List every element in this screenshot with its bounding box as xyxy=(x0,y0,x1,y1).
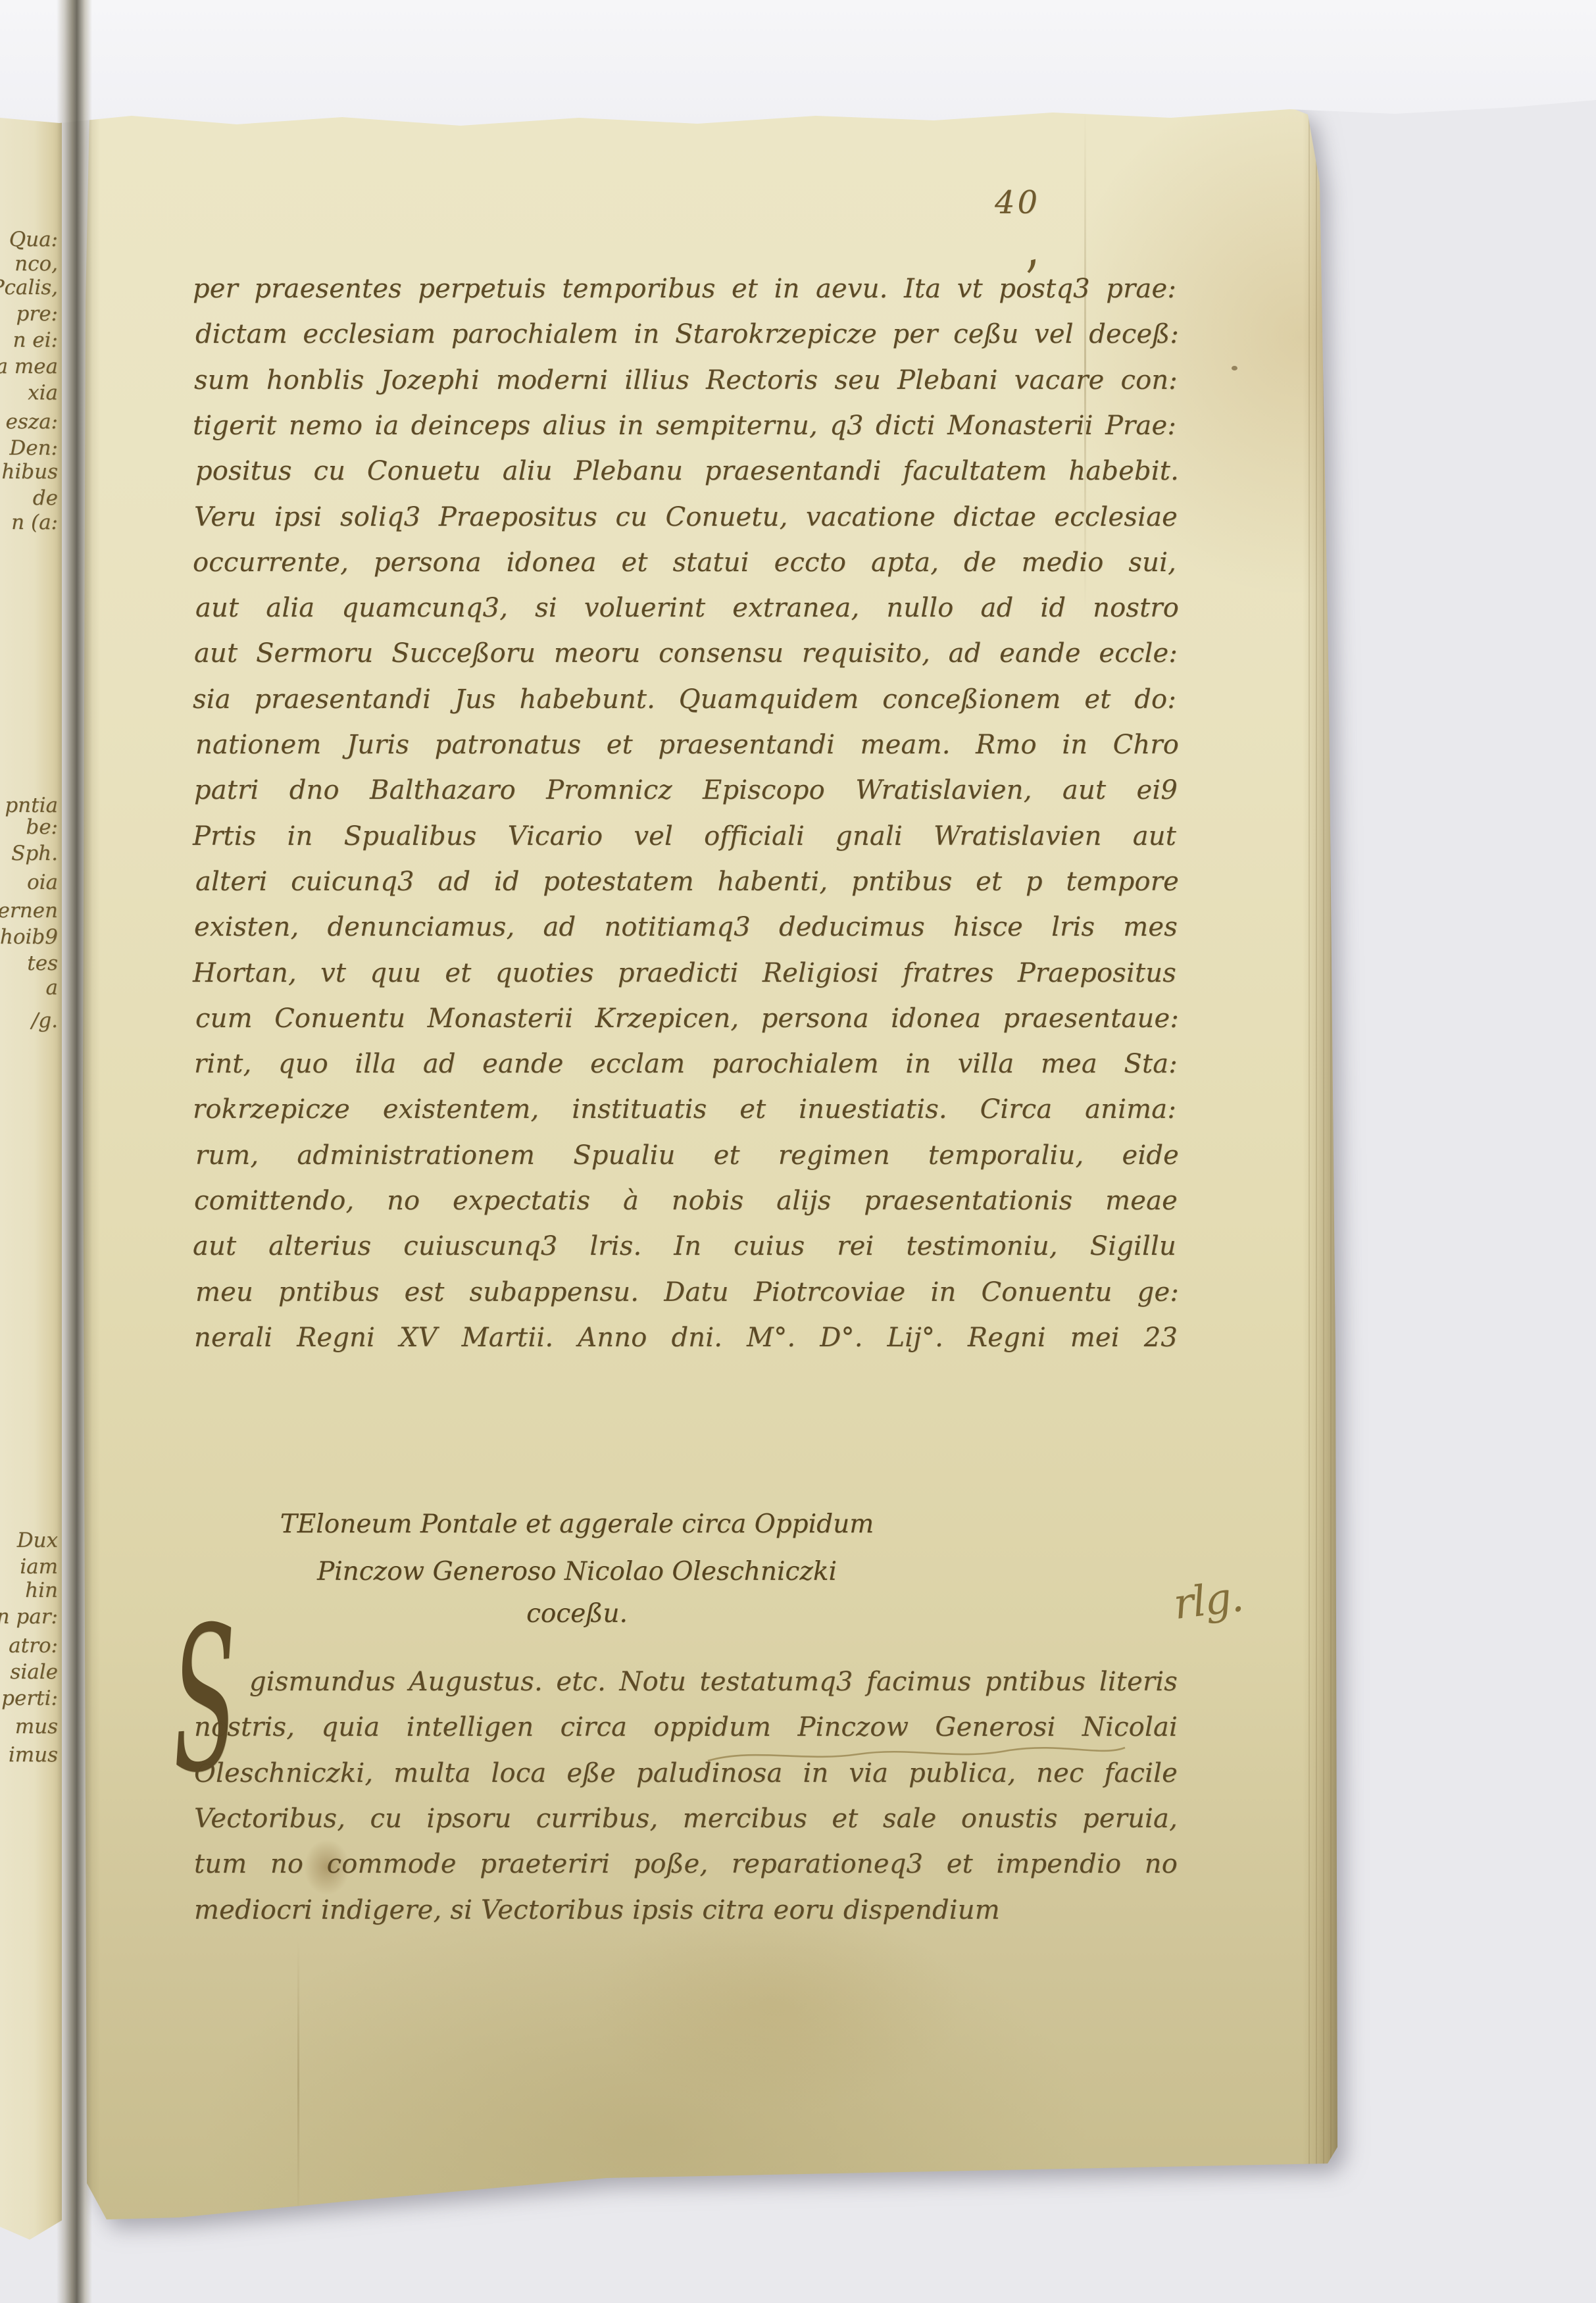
paper-stain xyxy=(592,1902,960,2112)
ink-fleck xyxy=(1232,366,1237,370)
manuscript-line: nostris, quia intelligen circa oppidum P… xyxy=(194,1708,1178,1749)
manuscript-line: comittendo, no expectatis à nobis alijs … xyxy=(194,1182,1178,1223)
margin-fragment: ernen xyxy=(0,898,58,924)
margin-fragment: n ei: xyxy=(12,327,58,353)
manuscript-line: alteri cuicunq3 ad id potestatem habenti… xyxy=(195,863,1179,903)
manuscript-line: dictam ecclesiam parochialem in Starokrz… xyxy=(195,315,1179,356)
manuscript-line: tigerit nemo ia deinceps alius in sempit… xyxy=(193,407,1176,447)
margin-fragment: n (a: xyxy=(11,509,58,536)
manuscript-line: tum no commode praeteriri poße, reparati… xyxy=(194,1845,1178,1886)
manuscript-line: existen, denunciamus, ad notitiamq3 dedu… xyxy=(194,908,1178,949)
margin-fragment: atro: xyxy=(9,1632,58,1659)
margin-fragment: xia xyxy=(28,380,58,406)
book-fore-edge xyxy=(1303,104,1338,2221)
margin-fragment: Qua: xyxy=(9,226,58,253)
margin-fragment: mus xyxy=(15,1713,58,1740)
interleaf-sheet xyxy=(0,0,1596,129)
manuscript-line: Veru ipsi soliq3 Praepositus cu Conuetu,… xyxy=(194,498,1178,539)
margin-fragment: hin xyxy=(25,1577,58,1604)
margin-fragment: de xyxy=(33,485,58,511)
manuscript-line: rint, quo illa ad eande ecclam parochial… xyxy=(194,1045,1178,1086)
manuscript-line: per praesentes perpetuis temporibus et i… xyxy=(193,270,1176,311)
manuscript-line: rum, administrationem Spualiu et regimen… xyxy=(195,1136,1179,1177)
manuscript-line: mediocri indigere, si Vectoribus ipsis c… xyxy=(194,1891,1178,1932)
manuscript-line: aut Sermoru Succeßoru meoru consensu req… xyxy=(194,634,1178,675)
margin-fragment: perti: xyxy=(1,1685,58,1711)
margin-fragment: be: xyxy=(26,814,58,840)
margin-fragment: Pcalis, xyxy=(0,274,58,301)
paper-surface: 40 , per praesentes perpetuis temporibus… xyxy=(80,104,1338,2221)
underline-flourish xyxy=(707,1744,1128,1766)
margin-fragment: hoib9 xyxy=(0,924,58,950)
heading-line: Pinczow Generoso Nicolao Oleschniczki co… xyxy=(278,1551,876,1597)
folio-number: 40 xyxy=(995,184,1040,221)
margin-fragment: nco, xyxy=(14,251,58,277)
manuscript-line: sum honblis Jozephi moderni illius Recto… xyxy=(194,361,1178,402)
manuscript-line: Hortan, vt quu et quoties praedicti Reli… xyxy=(193,954,1176,995)
margin-fragment: iam xyxy=(20,1554,58,1580)
manuscript-line: Prtis in Spualibus Vicario vel officiali… xyxy=(193,817,1176,858)
margin-fragment: hibus xyxy=(1,459,58,485)
binding-gap xyxy=(57,0,92,2303)
manuscript-line: Vectoribus, cu ipsoru curribus, mercibus… xyxy=(194,1800,1178,1840)
manuscript-line: patri dno Balthazaro Promnicz Episcopo W… xyxy=(194,771,1178,812)
margin-fragment: oia xyxy=(27,869,58,896)
margin-fragment: n par: xyxy=(0,1604,58,1630)
margin-fragment: /g. xyxy=(32,1007,58,1034)
manuscript-line: occurrente, persona idonea et statui ecc… xyxy=(193,544,1176,584)
margin-fragment: tes xyxy=(27,950,58,976)
manuscript-line: gismundus Augustus. etc. Notu testatumq3… xyxy=(194,1663,1178,1704)
previous-page-edge: Qua:nco,Pcalis,pre:n ei:a meaxiaesza:Den… xyxy=(0,104,62,2250)
margin-fragment: siale xyxy=(10,1659,58,1685)
manuscript-line: cum Conuentu Monasterii Krzepicen, perso… xyxy=(195,1000,1179,1040)
margin-annotation: rlg. xyxy=(1171,1573,1245,1629)
manuscript-line: rokrzepicze existentem, instituatis et i… xyxy=(193,1090,1176,1131)
paper-crease xyxy=(297,1941,299,2224)
manuscript-line: meu pntibus est subappensu. Datu Piotrco… xyxy=(195,1273,1179,1314)
manuscript-scan: Qua:nco,Pcalis,pre:n ei:a meaxiaesza:Den… xyxy=(0,0,1596,2303)
margin-fragment: imus xyxy=(9,1742,58,1768)
margin-fragment: a mea xyxy=(0,353,58,380)
margin-fragment: Den: xyxy=(9,435,58,461)
manuscript-line: positus cu Conuetu aliu Plebanu praesent… xyxy=(195,452,1179,493)
heading-line: TEloneum Pontale et aggerale circa Oppid… xyxy=(278,1504,876,1550)
margin-fragment: pre: xyxy=(16,301,58,327)
manuscript-page: 40 , per praesentes perpetuis temporibus… xyxy=(80,104,1338,2221)
manuscript-line: sia praesentandi Jus habebunt. Quamquide… xyxy=(193,680,1176,721)
manuscript-line: nationem Juris patronatus et praesentand… xyxy=(195,726,1179,767)
margin-fragment: esza: xyxy=(5,409,58,435)
margin-fragment: Sph. xyxy=(11,840,58,867)
margin-fragment: Dux xyxy=(17,1527,58,1554)
manuscript-line: aut alia quamcunq3, si voluerint extrane… xyxy=(195,589,1179,630)
manuscript-line: aut alterius cuiuscunq3 lris. In cuius r… xyxy=(193,1227,1176,1268)
manuscript-line: nerali Regni XV Martii. Anno dni. M°. D°… xyxy=(194,1319,1178,1359)
